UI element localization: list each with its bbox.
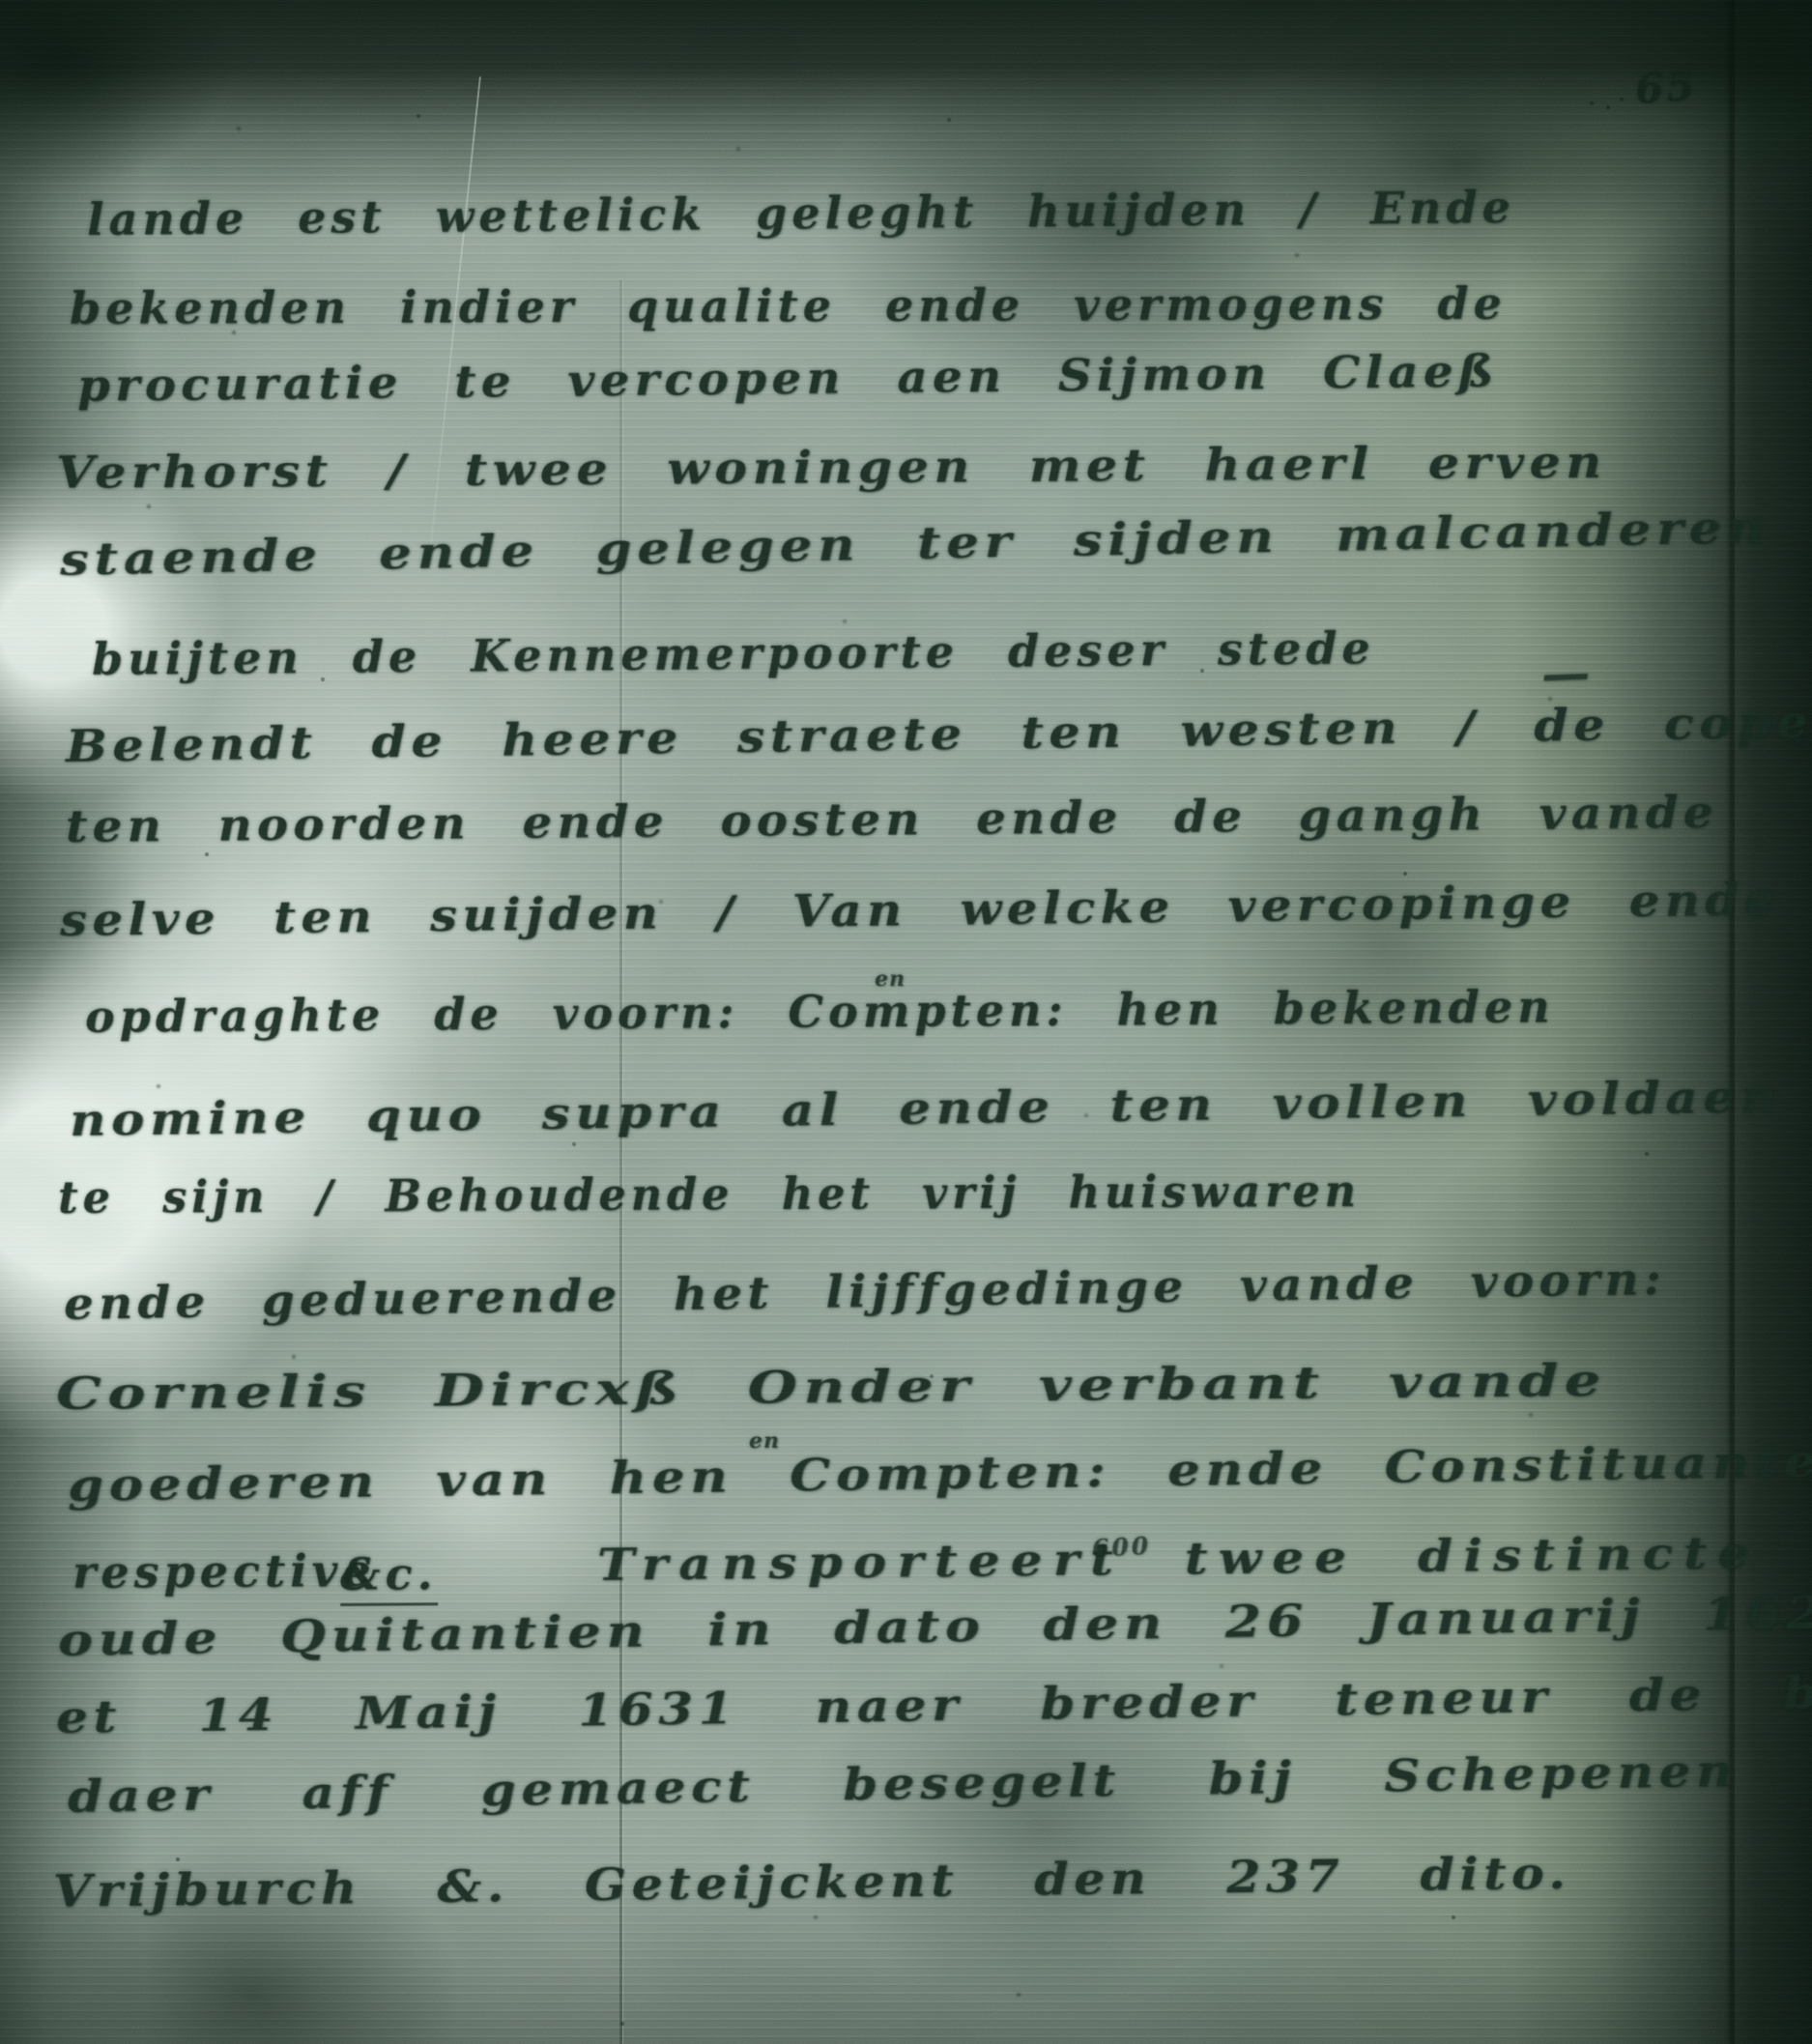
manuscript-line: opdraghte de voorn: Compten: hen bekende… xyxy=(85,980,1555,1043)
manuscript-line: bekenden indier qualite ende vermogens d… xyxy=(70,277,1507,334)
ink-dash: — xyxy=(1540,644,1596,703)
folio-number: 65 xyxy=(1633,62,1699,113)
ink-speckles xyxy=(0,0,4,4)
manuscript-line: te sijn / Behoudende het vrij huiswaren xyxy=(58,1165,1361,1224)
manuscript-line: Verhorst / twee woningen met haerl erven xyxy=(56,436,1607,499)
manuscript-line-fragment: &c. xyxy=(340,1547,438,1606)
manuscript-line-fragment: respective xyxy=(72,1544,376,1598)
manuscript-page: 65 600 lande est wettelick geleght huijd… xyxy=(0,0,1812,2044)
page-edge-shadow-line xyxy=(1730,0,1735,2044)
